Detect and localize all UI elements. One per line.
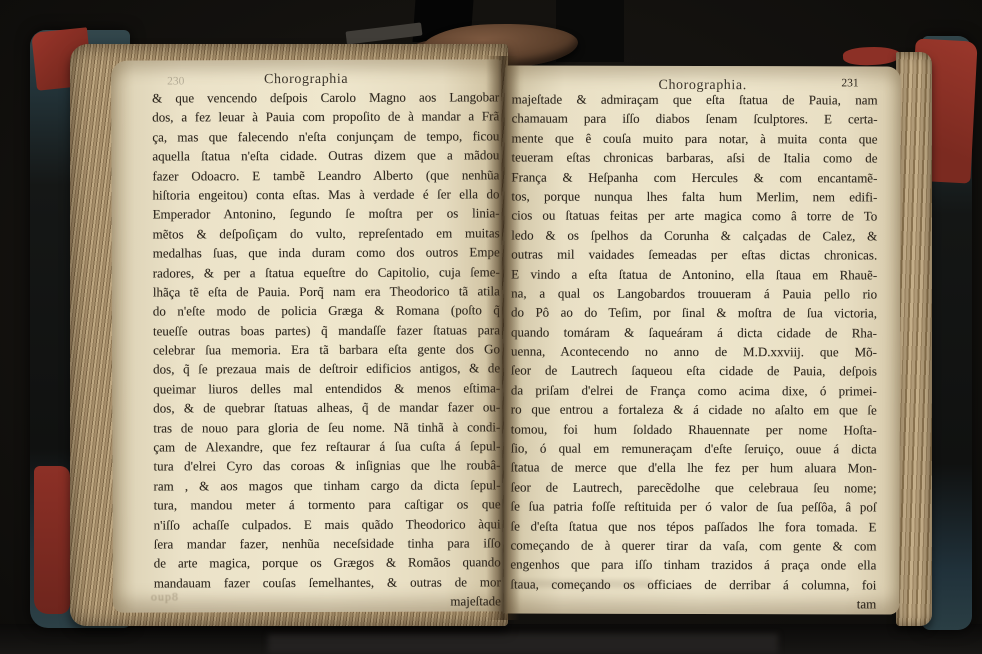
text-line: dos, & de quebrar ſtatuas alheas, q̃ de … (153, 398, 500, 419)
text-line: mẽtos & deſpoſiçam do vulto, repreſentad… (153, 223, 500, 244)
text-line: majeſtade & admiraçam que eſta ſtatua de… (512, 90, 878, 110)
text-line: na, a qual os Langobardos trouueram á Pa… (511, 283, 877, 303)
right-page-stack-edges (896, 52, 932, 626)
right-page-smudge (513, 580, 653, 588)
text-line: queimar liuros delles mal entendidos & m… (153, 378, 500, 399)
text-line: outras mil vaidades ſemeadas per eſtas d… (511, 245, 877, 265)
left-page: 230 Chorographia & que vencendo deſpois … (111, 59, 503, 612)
text-line: ſe d'eſta ſtatua que nos tépos paſſados … (510, 516, 876, 536)
text-line: chamauam para iſſo diabos ſenam ſculptor… (512, 109, 878, 129)
text-line: tos, porque nunqua lhes falta hum Merlim… (511, 186, 877, 206)
text-line: çam de Alexandre, que fez reſtaurar á ſu… (153, 436, 500, 457)
table-highlight (268, 634, 778, 654)
left-catchword: majeſtade (154, 591, 501, 612)
text-line: Emperador Antonino, ſegundo ſe moſtra pe… (153, 204, 500, 225)
left-text-block: & que vencendo deſpois Carolo Magno aos … (152, 87, 501, 612)
text-line: cios ou ſtatuas feitas per arte magica c… (511, 206, 877, 226)
text-line: n'iſſo achaſſe culpados. E mais quãdo Th… (154, 514, 501, 535)
text-line: ſio, ó qual em remuneraçam d'eſte ſeruiç… (511, 439, 877, 459)
right-folio-number: 231 (841, 77, 858, 89)
text-line: teueram eſtas chronicas barbaras, aſsi d… (511, 148, 877, 168)
cradle-edge (345, 22, 422, 44)
text-line: lhãça tẽ eſta de Pauia. Porq̃ nam era Th… (153, 281, 500, 302)
text-line: aquella ſtatua n'eſta cidade. Outras diz… (152, 145, 499, 166)
text-line: do n'eſte modo de policia Græga & Romana… (153, 301, 500, 322)
text-line: começando de à querer tirar da vaſa, com… (510, 535, 876, 555)
text-line: tura d'elrei Cyro das coroas & inſignias… (153, 456, 500, 477)
text-line: mandauam fazer couſas ſemelhantes, & out… (154, 572, 501, 593)
left-running-header: Chorographia (111, 71, 501, 88)
book-photo-scene: 230 Chorographia & que vencendo deſpois … (0, 0, 982, 654)
text-line: ſera mandar fazer, nenhũa neceſsidade ti… (154, 533, 501, 554)
text-line: mente que ê couſa muito para notar, à mu… (512, 128, 878, 148)
text-line: dos, a fez leuar à Pauia com propoſito d… (152, 107, 499, 128)
text-line: teueſſe outras boas partes) q̃ mandaſſe … (153, 320, 500, 341)
left-bleedthrough-mark: oup8 (151, 589, 179, 604)
right-page: Chorographia. 231 majeſtade & admiraçam … (503, 65, 900, 614)
text-line: de arte magica, porque os Grægos & Romão… (154, 553, 501, 574)
text-line: ſeor de Lautrech, parecẽdolhe que celebr… (511, 477, 877, 497)
text-line: tura, mandou meter á tormento para caſti… (154, 495, 501, 516)
right-text-lines: majeſtade & admiraçam que eſta ſtatua de… (510, 90, 877, 595)
text-line: tras de nouo para gloria de ſeu nome. Nã… (153, 417, 500, 438)
text-line: hiſtoria engeitou) conta eſtas. Mas à ve… (152, 184, 499, 205)
text-line: medalhas ſuas, que inda duram como dos o… (153, 242, 500, 263)
left-text-lines: & que vencendo deſpois Carolo Magno aos … (152, 87, 501, 592)
text-line: ſeor de Lautrech ſaqueou eſta cidade de … (511, 361, 877, 381)
text-line: dos, q̃ ſe prezaua mais de deſtroir edif… (153, 359, 500, 380)
text-line: ſtatua de merce que d'ella lhe fez per h… (511, 458, 877, 478)
right-catchword: tam (510, 594, 876, 614)
text-line: ro que entrou a fortaleza & á cidade no … (511, 400, 877, 420)
text-line: fazer Odoacro. E tambẽ Leandro Alberto (… (152, 165, 499, 186)
text-line: da priſam d'elrei de França como acima d… (511, 380, 877, 400)
text-line: quando tomáram & ſaqueáram á dicta cidad… (511, 322, 877, 342)
right-text-block: majeſtade & admiraçam que eſta ſtatua de… (510, 90, 877, 615)
text-line: engenhos que para iſſo tinham trazidos á… (510, 555, 876, 575)
text-line: uenna, Acontecendo no anno de M.D.xxviij… (511, 342, 877, 362)
text-line: do Pô ao do Teſim, por ſinal & moſtra de… (511, 303, 877, 323)
text-line: ça, mas que falecendo n'eſta conjunçam d… (152, 126, 499, 147)
text-line: ſe ſua patria foſſe reſtituida per ó val… (511, 497, 877, 517)
text-line: ledo & os ſpelhos da Corunha & calçadas … (511, 225, 877, 245)
right-cover-red-leather-sliver (843, 45, 902, 66)
left-cover-red-leather-patch (34, 466, 70, 614)
text-line: ram , & aos magos que tinham cargo da di… (153, 475, 500, 496)
text-line: E vindo a eſta ſtatua de Antonino, ella … (511, 264, 877, 284)
text-line: radores, & per a ſtatua equeſtre do Capi… (153, 262, 500, 283)
text-line: tomou, foi hum ſoldado Rhauennate per no… (511, 419, 877, 439)
text-line: & que vencendo deſpois Carolo Magno aos … (152, 87, 499, 108)
text-line: celebrar ſua memoria. Era tã barbara eſt… (153, 339, 500, 360)
text-line: França & Heſpanha com Hercules & com enc… (511, 167, 877, 187)
